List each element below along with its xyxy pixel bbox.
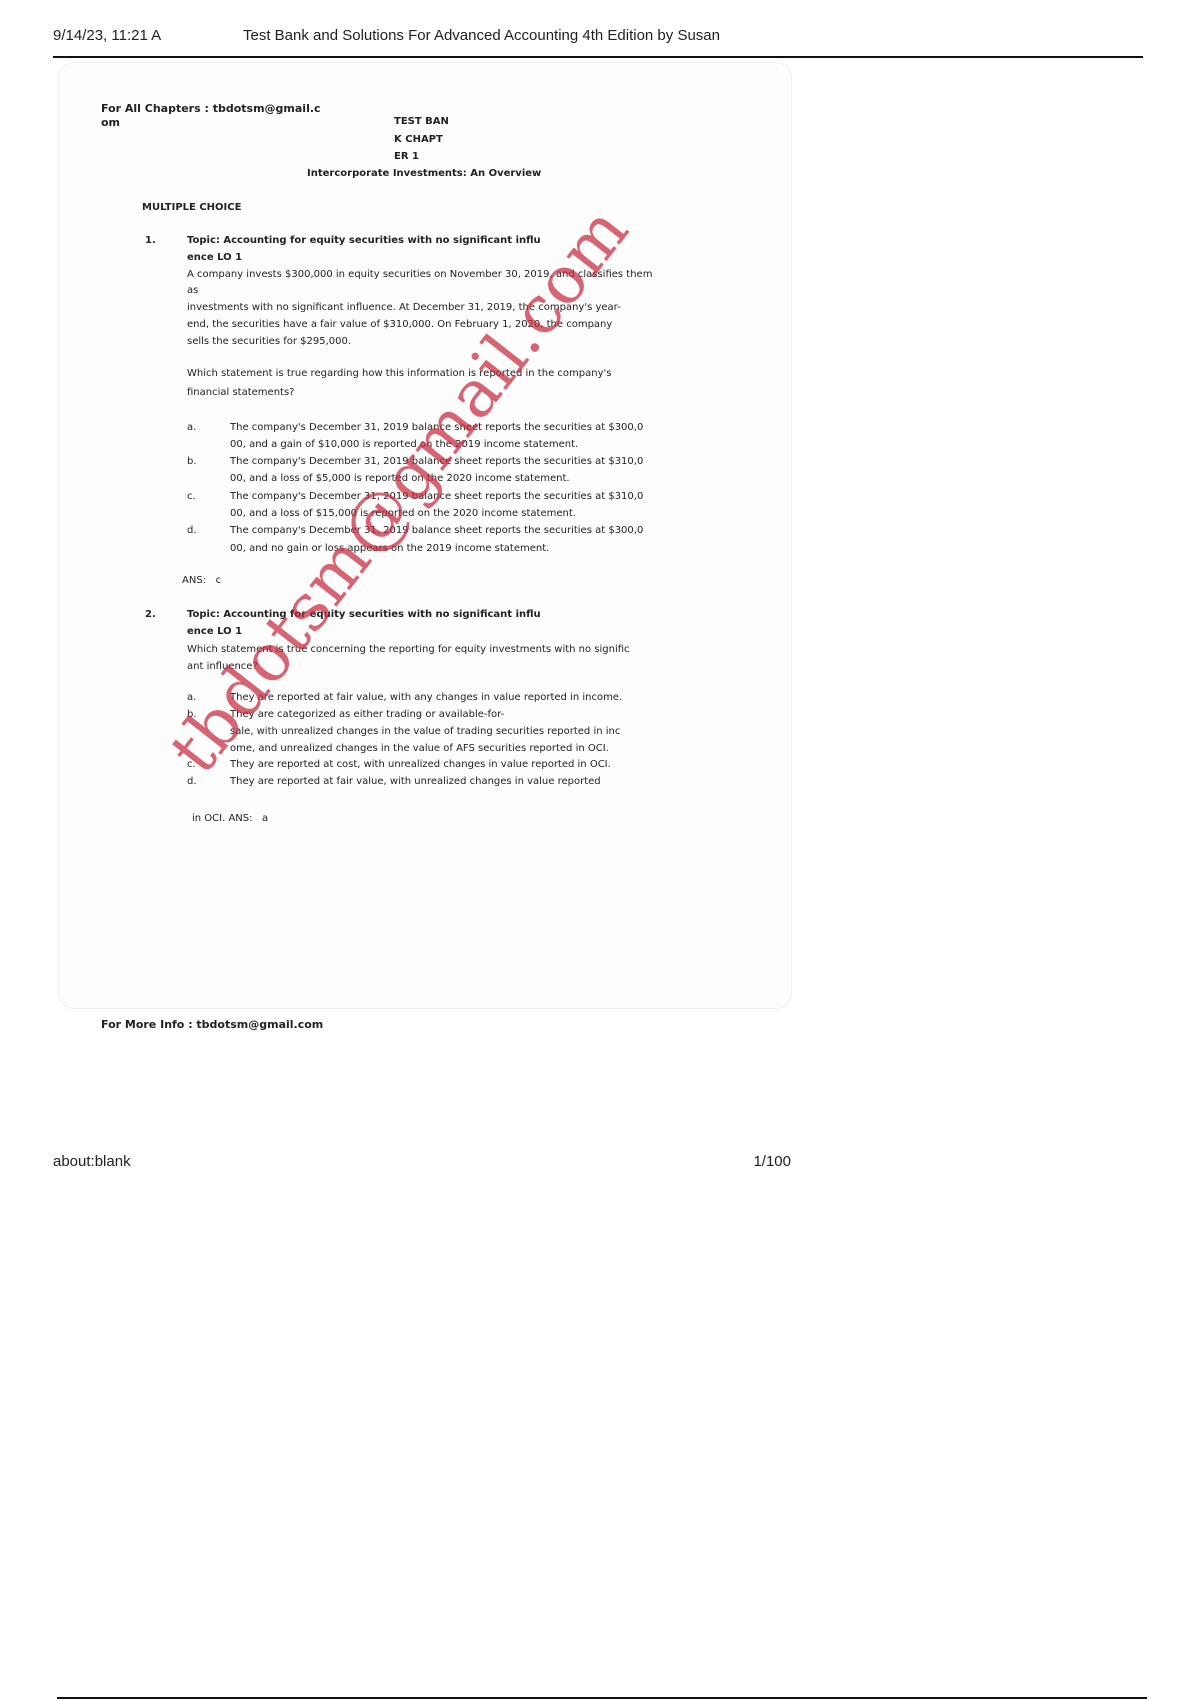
option-text: sale, with unrealized changes in the val… (230, 726, 620, 737)
print-url: about:blank (53, 1153, 131, 1170)
option-text: The company's December 31, 2019 balance … (230, 491, 643, 502)
heading-line: TEST BAN (394, 116, 449, 127)
chapter-subtitle: Intercorporate Investments: An Overview (307, 168, 541, 179)
option-text: 00, and a loss of $5,000 is reported on … (230, 473, 570, 484)
option-text: The company's December 31, 2019 balance … (230, 422, 643, 433)
option-letter: a. (187, 422, 196, 433)
question-prompt: financial statements? (187, 387, 294, 398)
option-text: ome, and unrealized changes in the value… (230, 743, 609, 754)
option-text: They are reported at fair value, with un… (230, 776, 601, 787)
question-prompt: Which statement is true regarding how th… (187, 368, 611, 379)
print-footer: about:blank 1/100 (53, 1153, 791, 1170)
footer-rule (57, 1697, 1147, 1699)
print-date: 9/14/23, 11:21 A (53, 27, 243, 44)
option-letter: c. (187, 759, 196, 770)
option-text: 00, and a loss of $15,000 is reported on… (230, 508, 576, 519)
page-number: 1/100 (753, 1153, 791, 1170)
option-letter: c. (187, 491, 196, 502)
heading-line: ER 1 (394, 151, 419, 162)
option-letter: d. (187, 776, 197, 787)
header-rule (53, 56, 1143, 58)
question-stem: A company invests $300,000 in equity sec… (187, 269, 652, 280)
answer: in OCI. ANS: a (192, 813, 268, 824)
option-text: 00, and no gain or loss appears on the 2… (230, 543, 549, 554)
question-prompt: Which statement is true concerning the r… (187, 644, 630, 655)
answer: ANS: c (182, 575, 221, 586)
question-topic: Topic: Accounting for equity securities … (187, 235, 541, 246)
option-text: They are reported at cost, with unrealiz… (230, 759, 611, 770)
question-stem: investments with no significant influenc… (187, 302, 621, 313)
top-note-cont: om (101, 116, 120, 129)
option-text: They are reported at fair value, with an… (230, 692, 622, 703)
question-topic-cont: ence LO 1 (187, 626, 242, 637)
section-title: MULTIPLE CHOICE (142, 202, 241, 213)
option-text: They are categorized as either trading o… (230, 709, 504, 720)
question-number: 1. (145, 235, 156, 246)
option-letter: d. (187, 525, 197, 536)
top-note: For All Chapters : tbdotsm@gmail.c (101, 102, 321, 115)
option-letter: b. (187, 456, 197, 467)
option-letter: b. (187, 709, 197, 720)
question-number: 2. (145, 609, 156, 620)
question-stem: end, the securities have a fair value of… (187, 319, 612, 330)
question-stem: sells the securities for $295,000. (187, 336, 351, 347)
bottom-note: For More Info : tbdotsm@gmail.com (101, 1018, 323, 1031)
question-topic: Topic: Accounting for equity securities … (187, 609, 541, 620)
question-stem: as (187, 285, 198, 296)
question-prompt: ant influence? (187, 661, 258, 672)
print-title: Test Bank and Solutions For Advanced Acc… (243, 27, 791, 44)
option-text: The company's December 31, 2019 balance … (230, 525, 643, 536)
option-text: The company's December 31, 2019 balance … (230, 456, 643, 467)
option-letter: a. (187, 692, 196, 703)
option-text: 00, and a gain of $10,000 is reported on… (230, 439, 578, 450)
question-topic-cont: ence LO 1 (187, 252, 242, 263)
heading-line: K CHAPT (394, 134, 443, 145)
print-header: 9/14/23, 11:21 A Test Bank and Solutions… (53, 27, 791, 44)
